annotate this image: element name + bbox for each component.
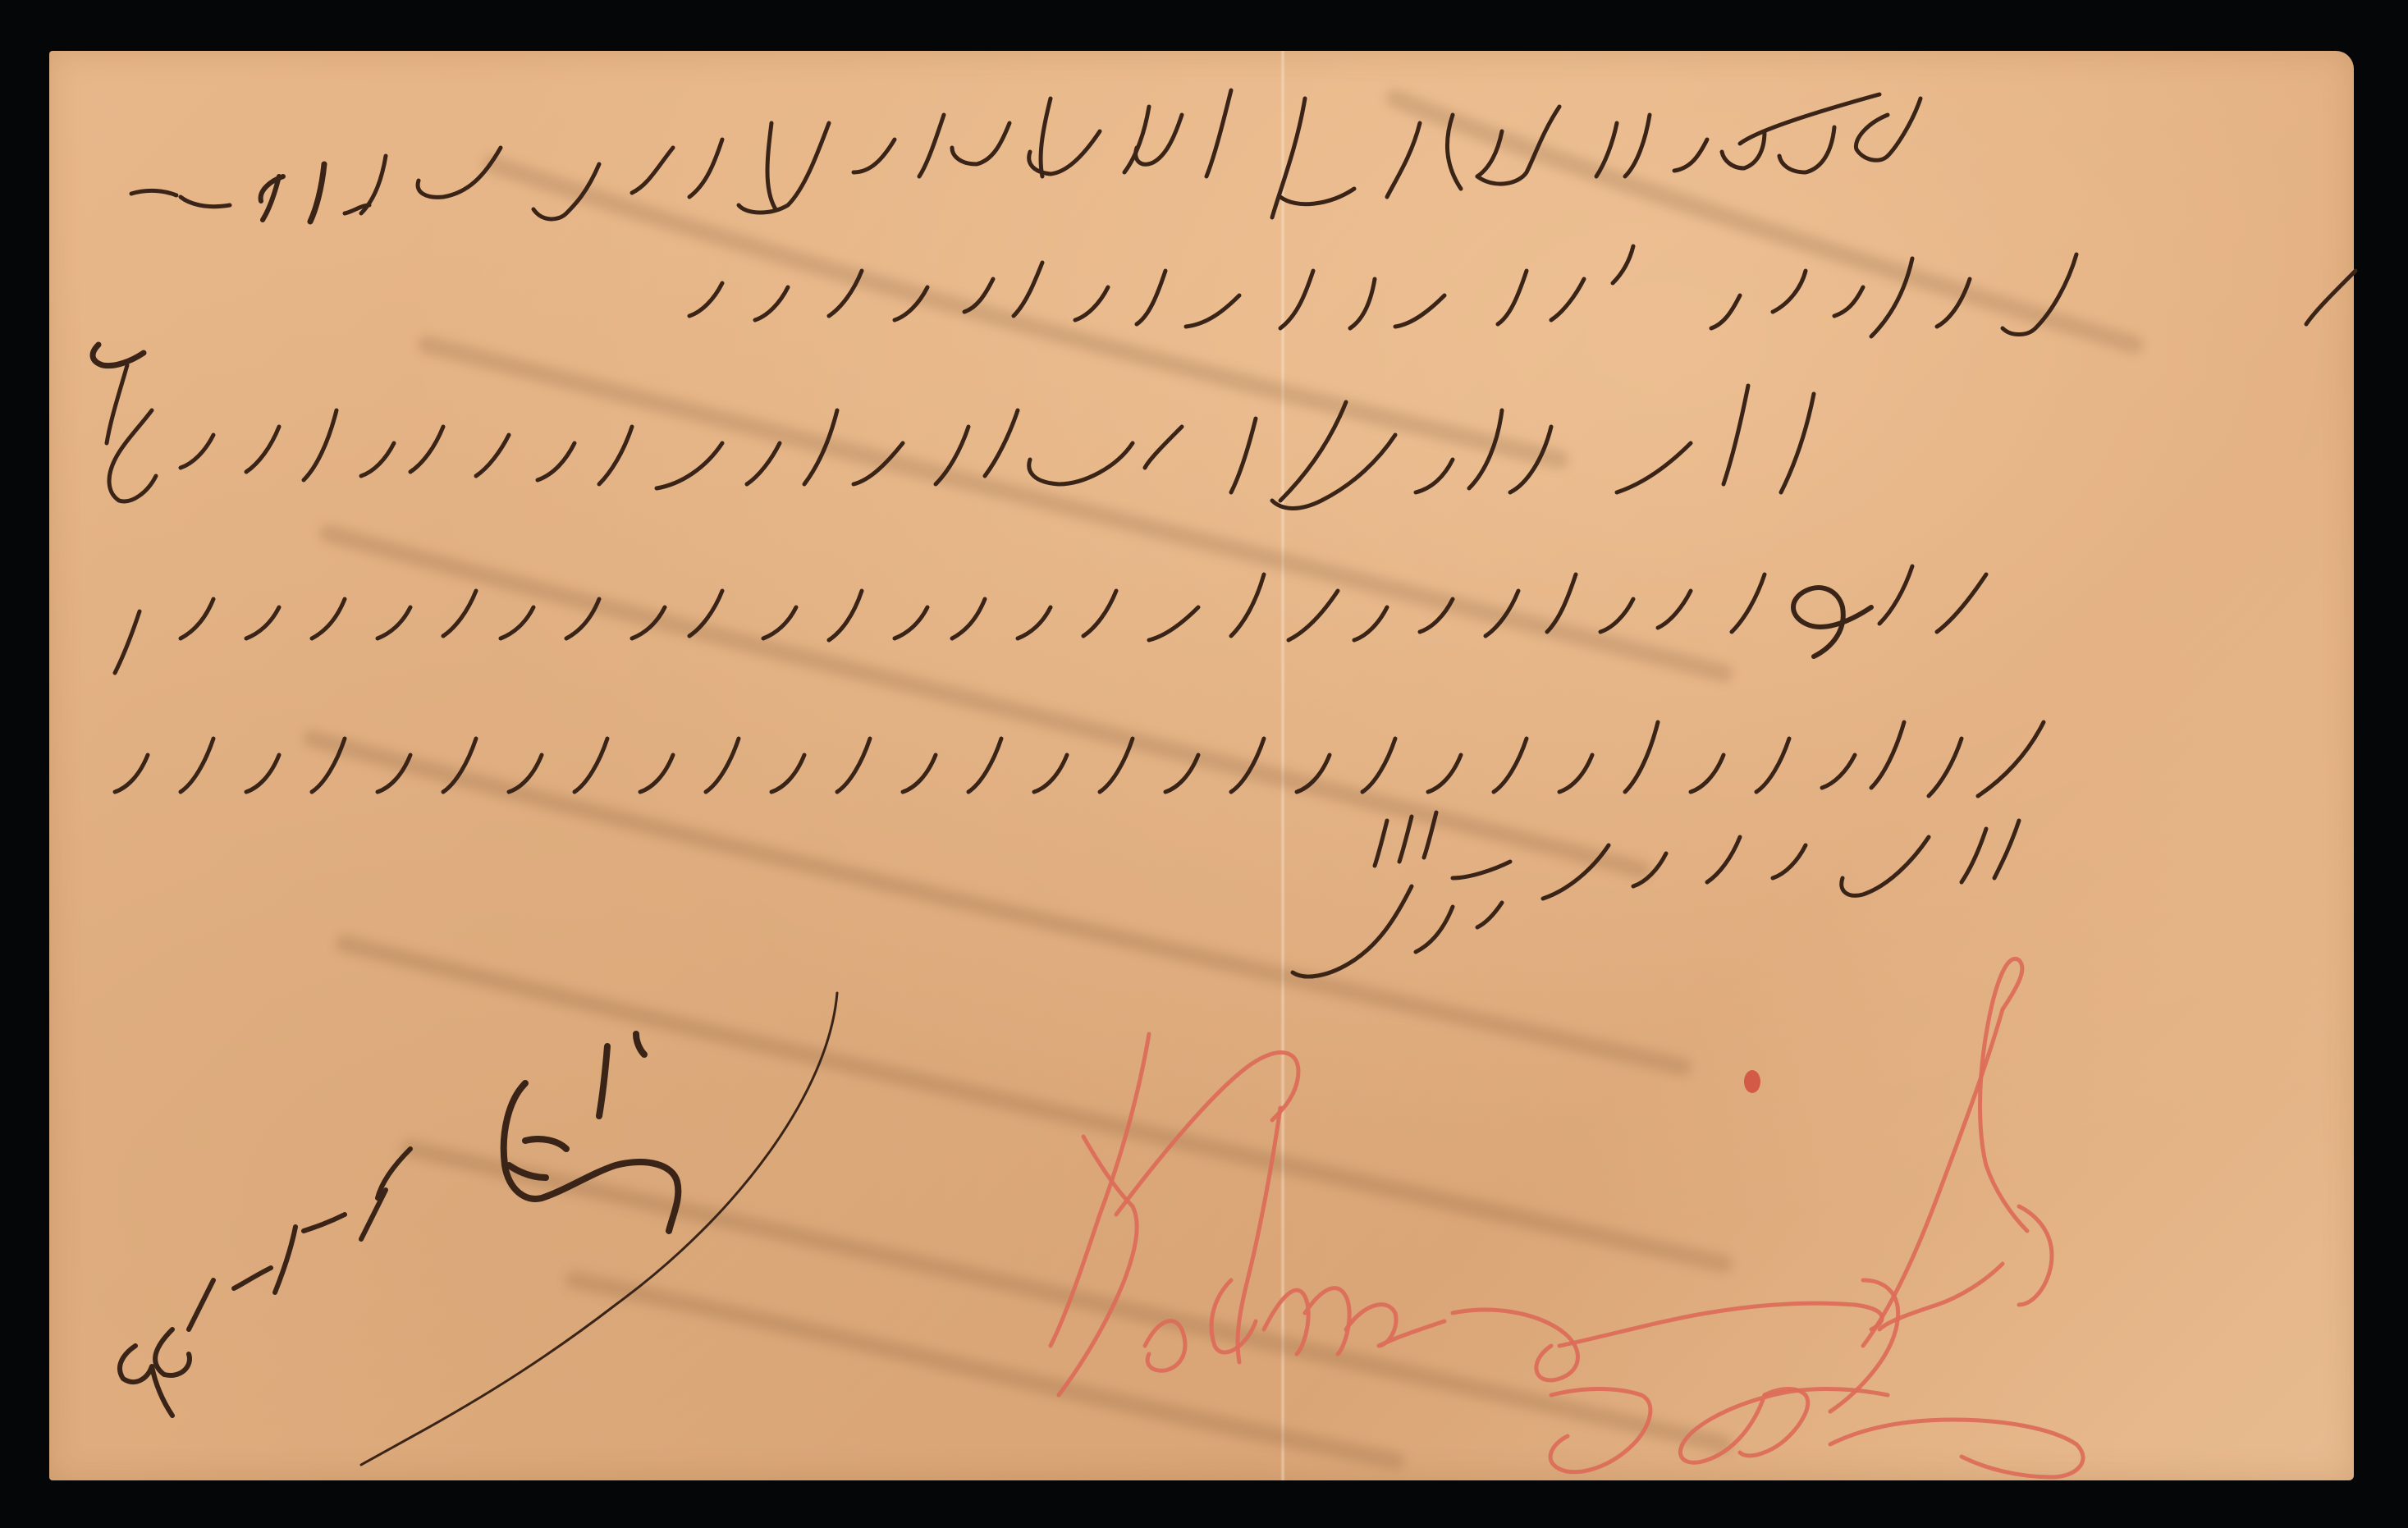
scan-background — [0, 0, 2408, 1528]
red-ink-blot — [1744, 1070, 1760, 1093]
red-signature — [0, 0, 2408, 1528]
